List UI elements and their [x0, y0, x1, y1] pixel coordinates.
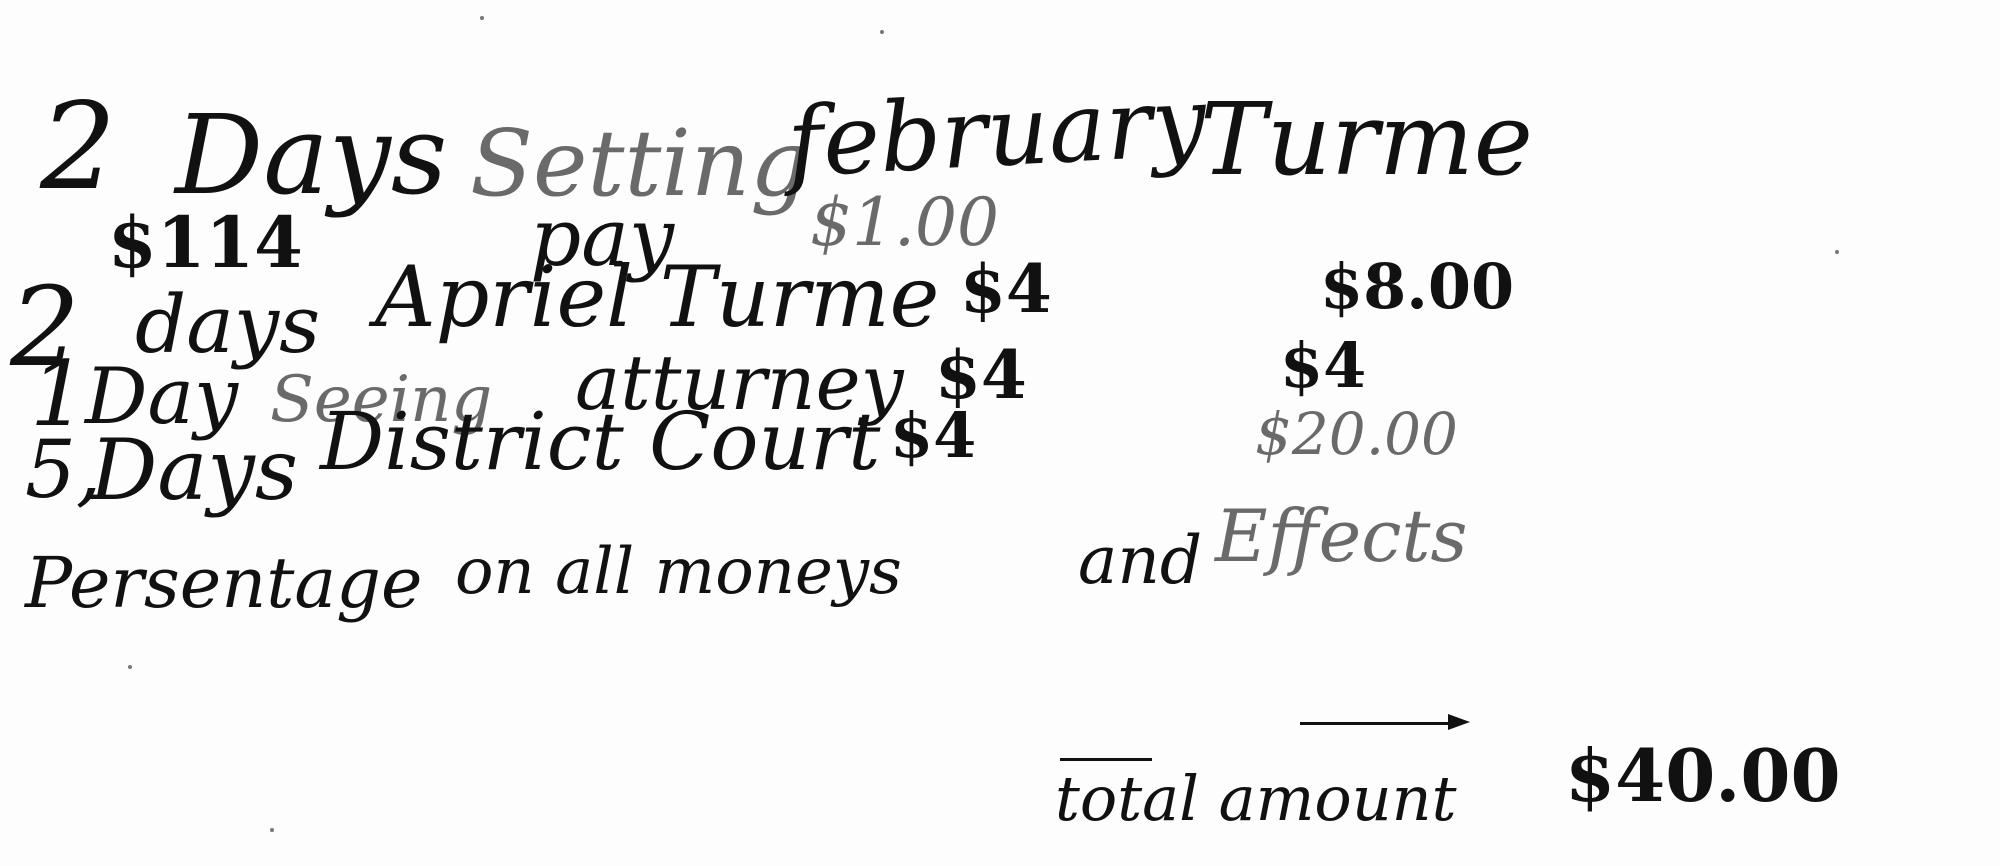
- line1-unit: Days: [175, 100, 447, 210]
- total-amount-label: total amount: [1055, 768, 1457, 830]
- line4-rate: $4: [890, 405, 976, 467]
- scan-speck: [880, 30, 884, 34]
- footer-percentage: Persentage: [25, 548, 422, 618]
- line1-description-month: february: [785, 73, 1208, 191]
- line4-amount: $20.00: [1255, 405, 1458, 463]
- line1-description-term: Turme: [1200, 90, 1533, 190]
- scanned-document-page: 2 Days Setting february Turme pay $1.00 …: [0, 0, 2000, 866]
- total-amount-value: $40.00: [1565, 740, 1841, 812]
- line2-amount: $8.00: [1320, 256, 1514, 318]
- total-arrow-head-icon: [1448, 714, 1470, 730]
- scan-speck: [270, 828, 274, 832]
- line1-quantity: 2: [40, 88, 116, 208]
- line1-rate: $1.00: [810, 190, 999, 256]
- scan-speck: [128, 665, 132, 669]
- footer-and: and: [1078, 528, 1202, 594]
- line2-description: Apriel Turme: [375, 255, 939, 339]
- line4-unit: Days: [90, 428, 298, 512]
- scan-speck: [1835, 250, 1839, 254]
- scan-speck: [480, 16, 484, 20]
- line3-amount: $4: [1280, 335, 1366, 397]
- line1-margin-total: $114: [108, 208, 303, 278]
- total-label-overline: [1060, 758, 1152, 761]
- line2-rate: $4: [960, 256, 1052, 322]
- total-arrow-line: [1300, 722, 1450, 725]
- footer-effects: Effects: [1215, 500, 1467, 572]
- line4-description: District Court: [320, 402, 880, 482]
- footer-on-all-moneys: on all moneys: [455, 540, 902, 604]
